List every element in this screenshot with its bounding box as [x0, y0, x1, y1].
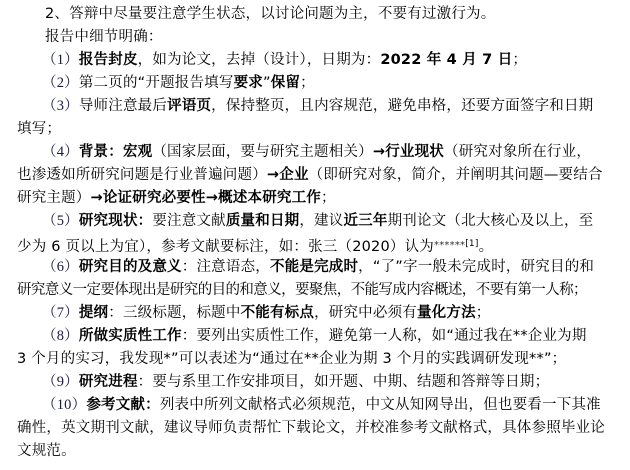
item-text: ，如为论文，去掉（设计），日期为： — [138, 52, 381, 68]
item-text: （国家层面，要与研究主题相关） — [152, 144, 373, 160]
item-5: （5）研究现状：要注意文献质量和日期，建议近三年期刊论文（北大核心及以上，至 — [42, 210, 593, 233]
item-5-continuation: 少为 6 页以上为宜），参考文献要标注，如：张三（2020）认为******[1… — [17, 233, 493, 256]
item-number: （1） — [42, 52, 79, 68]
item-text: 3 个月的实习，我发现*”可以表述为“通过在**企业为期 3 个月的实践调研发现… — [17, 351, 566, 367]
heading-text: 报告中细节明确： — [45, 29, 163, 45]
item-10-continuation-2: 文规范。 — [17, 440, 76, 463]
item-number: （4） — [42, 144, 79, 160]
item-8: （8）所做实质性工作：要列出实质性工作，避免第一人称，如“通过我在**企业为期 — [42, 325, 587, 348]
item-text: 。 — [479, 239, 494, 255]
item-3-continuation: 填写； — [17, 118, 61, 141]
bold-term: 量化方法 — [417, 305, 476, 321]
bold-term: 要求 — [234, 75, 263, 91]
bold-term: 参考文献： — [86, 397, 160, 413]
item-text: 列表中所列文献格式必须规范，中文从知网导出，但也要看一下其准 — [160, 397, 601, 413]
item-10-continuation-1: 确性，英文期刊文献，建议导师负责帮忙下载论文，并校准参考文献格式，具体参照毕业论 — [17, 417, 605, 440]
item-number: （10） — [42, 397, 86, 413]
item-text: 要注意文献 — [152, 213, 226, 229]
item-text: ，“了”字一般未完成时，研究目的和 — [358, 259, 594, 275]
item-number: （7） — [42, 305, 79, 321]
item-9: （9）研究进程：要与系里工作安排项目，如开题、中期、结题和答辩等日期； — [42, 371, 549, 394]
bold-term: 质量和日期 — [226, 213, 300, 229]
bold-term: 背景：宏观 — [79, 144, 153, 160]
item-text: ：三级标题，标题中 — [108, 305, 240, 321]
intro-paragraph: 2、答辩中尽量要注意学生状态，以讨论问题为主，不要有过激行为。 — [45, 3, 495, 26]
item-number: （6） — [42, 259, 79, 275]
bold-term: 不能有标点 — [241, 305, 315, 321]
item-text: 也渗透如所研究问题是行业普遍问题） — [17, 167, 267, 183]
bold-term: 研究目的及意义 — [79, 259, 182, 275]
item-1: （1）报告封皮，如为论文，去掉（设计），日期为：2022 年 4 月 7 日； — [42, 49, 527, 72]
item-6-continuation: 研究意义一定要体现出是研究的目的和意义，要聚焦，不能写成内容概述，不要有第一人称… — [17, 279, 587, 302]
item-text: ，保持整页，且内容规范，避免串格，还要方面签字和日期 — [211, 98, 593, 114]
item-text: 研究意义一定要体现出是研究的目的和意义，要聚焦，不能写成内容概述，不要有第一人称… — [17, 282, 587, 298]
item-text: ； — [512, 52, 527, 68]
item-text: ，研究中必须有 — [314, 305, 417, 321]
bold-term: 所做实质性工作 — [79, 328, 182, 344]
item-number: （2） — [42, 75, 79, 91]
citation-superscript: [1] — [465, 239, 478, 249]
item-text: ：要与系里工作安排项目，如开题、中期、结题和答辩等日期； — [138, 374, 550, 390]
item-text: ； — [300, 75, 315, 91]
item-text: （研究对象所在行业， — [444, 144, 591, 160]
section-heading: 报告中细节明确： — [45, 26, 163, 49]
bold-term: 评语页 — [167, 98, 211, 114]
item-4: （4）背景：宏观（国家层面，要与研究主题相关）→行业现状（研究对象所在行业， — [42, 141, 591, 164]
item-text: 文规范。 — [17, 443, 76, 459]
item-2: （2）第二页的“开题报告填写要求”保留； — [42, 72, 315, 95]
item-text: 期刊论文（北大核心及以上，至 — [388, 213, 594, 229]
item-number: （8） — [42, 328, 79, 344]
item-text: 确性，英文期刊文献，建议导师负责帮忙下载论文，并校准参考文献格式，具体参照毕业论 — [17, 420, 605, 436]
item-text: ：注意语态， — [182, 259, 270, 275]
placeholder-stars: ****** — [434, 240, 465, 251]
item-text: 研究主题） — [17, 190, 91, 206]
item-6: （6）研究目的及意义：注意语态，不能是完成时，“了”字一般未完成时，研究目的和 — [42, 256, 594, 279]
item-4-continuation-2: 研究主题）→论证研究必要性→概述本研究工作； — [17, 187, 336, 210]
item-8-continuation: 3 个月的实习，我发现*”可以表述为“通过在**企业为期 3 个月的实践调研发现… — [17, 348, 566, 371]
date-bold: 2022 年 4 月 7 日 — [380, 52, 512, 68]
item-number: （9） — [42, 374, 79, 390]
item-3: （3）导师注意最后评语页，保持整页，且内容规范，避免串格，还要方面签字和日期 — [42, 95, 593, 118]
item-text: （即研究对象，简介，并阐明其问题—要结合 — [309, 167, 603, 183]
bold-term: →论证研究必要性→概述本研究工作 — [91, 190, 322, 206]
bold-term: 保留 — [271, 75, 300, 91]
item-text: ，建议 — [299, 213, 343, 229]
item-4-continuation-1: 也渗透如所研究问题是行业普遍问题）→企业（即研究对象，简介，并阐明其问题—要结合 — [17, 164, 603, 187]
bold-term: 研究进程 — [79, 374, 138, 390]
item-10: （10）参考文献：列表中所列文献格式必须规范，中文从知网导出，但也要看一下其准 — [42, 394, 601, 417]
item-text: 少为 6 页以上为宜），参考文献要标注，如：张三（2020）认为 — [17, 239, 434, 255]
item-text: 填写； — [17, 121, 61, 137]
bold-term: 近三年 — [343, 213, 387, 229]
bold-term: 不能是完成时 — [270, 259, 358, 275]
item-text: ：要列出实质性工作，避免第一人称，如“通过我在**企业为期 — [182, 328, 587, 344]
item-text: ； — [321, 190, 336, 206]
bold-term: 报告封皮 — [79, 52, 138, 68]
item-text: ” — [263, 75, 271, 91]
item-7: （7）提纲：三级标题，标题中不能有标点，研究中必须有量化方法； — [42, 302, 491, 325]
bold-term: 提纲 — [79, 305, 108, 321]
item-text: 第二页的“开题报告填写 — [79, 75, 234, 91]
bold-term: →行业现状 — [373, 144, 444, 160]
intro-text: 2、答辩中尽量要注意学生状态，以讨论问题为主，不要有过激行为。 — [45, 6, 495, 22]
item-number: （5） — [42, 213, 79, 229]
item-text: 导师注意最后 — [79, 98, 167, 114]
item-text: ； — [476, 305, 491, 321]
bold-term: →企业 — [267, 167, 309, 183]
item-number: （3） — [42, 98, 79, 114]
document-page: 2、答辩中尽量要注意学生状态，以讨论问题为主，不要有过激行为。 报告中细节明确：… — [0, 0, 630, 470]
bold-term: 研究现状： — [79, 213, 153, 229]
